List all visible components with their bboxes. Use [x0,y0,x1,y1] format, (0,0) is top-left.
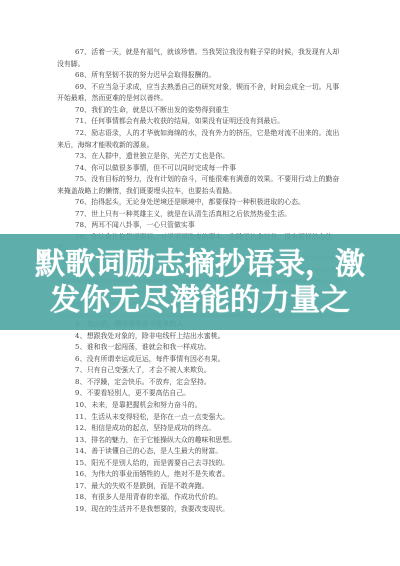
quote-number: 77、 [75,210,91,218]
quote-item: 73、在人群中，遗世独立是你，光芒万丈也是你。 [57,151,343,163]
quote-number: 8、 [75,378,87,386]
quote-number: 9、 [75,389,87,397]
quote-item: 75、没有目标的努力，没有计划的奋斗，可能很难有满意的效果。不要用行动上的勤奋来… [57,174,343,197]
quote-number: 73、 [75,152,91,160]
quote-number: 72、 [75,129,91,137]
page-title: 默歌词励志摘抄语录，激发你无尽潜能的力量之 [34,247,366,319]
quote-item: 16、为伟大的事业而牺牲的人，绝对不是失败者。 [57,469,343,481]
quote-number: 70、 [75,106,91,114]
quote-item: 4、想跟我处对象的，除非电线杆上结出水蜜桃。 [57,331,343,343]
quote-number: 13、 [75,436,91,444]
quote-text: 善于读懂自己的心态，是人生最大的财富。 [91,447,222,455]
quote-number: 12、 [75,424,91,432]
quote-list-top: 67、活着一天，就是有福气，就该珍惜。当我哭泣我没有鞋子穿的时候，我发现有人却没… [57,47,343,255]
quote-text: 不要看轻别人，更不要高估自己。 [87,389,190,397]
quote-text: 未来，是靠把握机会和努力奋斗的。 [91,401,201,409]
quote-item: 10、未来，是靠把握机会和努力奋斗的。 [57,400,343,412]
quote-list-bottom: 3、在山顶，遇见那些奋斗而来的人。 4、想跟我处对象的，除非电线杆上结出水蜜桃。… [57,319,343,515]
document-page: 67、活着一天，就是有福气，就该珍惜。当我哭泣我没有鞋子穿的时候，我发现有人却没… [0,0,400,566]
quote-text: 相信是成功的起点，坚持是成功的终点。 [91,424,215,432]
quote-item: 69、不应当急于求成，应当去熟悉自己的研究对象，锲而不舍，时间会成全一切。凡事开… [57,82,343,105]
quote-text: 任何事情都会有最大收获的结局，如果没有证明还没有到最后。 [91,117,284,125]
quote-item: 17、最大的失败不是跌倒，而是不敢奔跑。 [57,481,343,493]
quote-item: 8、不浮躁，定会快乐。不放弃，定会坚持。 [57,377,343,389]
quote-text: 抬得起头，无论身处逆境还是顺境中，都要保持一种积极进取的心态。 [91,198,305,206]
quote-text: 世上只有一种英雄主义，就是在认清生活真相之后依然热爱生活。 [91,210,291,218]
quote-number: 11、 [75,413,91,421]
quote-item: 74、你可以做很多事情，但不可以同时完成每一件事 [57,163,343,175]
quote-number: 67、 [75,48,91,56]
quote-text: 活着一天，就是有福气，就该珍惜。当我哭泣我没有鞋子穿的时候，我发现有人却没有脚。 [57,48,339,68]
quote-item: 71、任何事情都会有最大收获的结局，如果没有证明还没有到最后。 [57,116,343,128]
quote-item: 67、活着一天，就是有福气，就该珍惜。当我哭泣我没有鞋子穿的时候，我发现有人却没… [57,47,343,70]
quote-text: 你可以做很多事情，但不可以同时完成每一件事 [91,164,236,172]
quote-item: 15、阳光不是别人给的，而是需要自己去寻找的。 [57,458,343,470]
quote-text: 谁和我一起闯荡，谁就会和我一样成功。 [87,343,211,351]
quote-item: 19、现在的生活并不是我想要的，我要改变现状。 [57,504,343,516]
quote-number: 17、 [75,482,91,490]
quote-item: 72、励志语录，人的才华就如海绵的水，没有外力的挤压，它是绝对流不出来的。流出来… [57,128,343,151]
quote-item: 18、有很多人是用青春的幸福，作成功代价的。 [57,492,343,504]
quote-text: 没有所谓幸运或厄运，每件事情有因必有果。 [87,355,225,363]
quote-text: 在人群中，遗世独立是你，光芒万丈也是你。 [91,152,229,160]
quote-number: 14、 [75,447,91,455]
quote-text: 不应当急于求成，应当去熟悉自己的研究对象，锲而不舍，时间会成全一切。凡事开始最难… [57,83,339,103]
quote-text: 不浮躁，定会快乐。不放弃，定会坚持。 [87,378,211,386]
quote-number: 5、 [75,343,87,351]
quote-item: 12、相信是成功的起点，坚持是成功的终点。 [57,423,343,435]
quote-number: 6、 [75,355,87,363]
quote-text: 生活从未变得轻松，是你在一点一点变强大。 [91,413,229,421]
quote-item: 76、抬得起头，无论身处逆境还是顺境中，都要保持一种积极进取的心态。 [57,197,343,209]
quote-text: 只有自己变强大了，才会不被人来欺负。 [87,366,211,374]
quote-text: 排名的魅力，在于它能操纵大众的趣味和思想。 [91,436,236,444]
quote-text: 有很多人是用青春的幸福，作成功代价的。 [91,493,222,501]
quote-text: 励志语录，人的才华就如海绵的水，没有外力的挤压，它是绝对流不出来的。流出来后，海… [57,129,339,149]
quote-item: 70、我们的生命，就是以不断出发的姿势得到重生 [57,105,343,117]
quote-text: 想跟我处对象的，除非电线杆上结出水蜜桃。 [87,332,225,340]
quote-text: 我们的生命，就是以不断出发的姿势得到重生 [91,106,229,114]
quote-number: 7、 [75,366,87,374]
quote-number: 15、 [75,459,91,467]
quote-text: 现在的生活并不是我想要的，我要改变现状。 [91,505,229,513]
quote-text: 没有目标的努力，没有计划的奋斗，可能很难有满意的效果。不要用行动上的勤奋来掩盖战… [57,175,339,195]
quote-text: 两耳不闻八卦事，一心只管做实事 [91,221,194,229]
quote-number: 71、 [75,117,91,125]
quote-item: 9、不要看轻别人，更不要高估自己。 [57,388,343,400]
quote-number: 16、 [75,470,91,478]
title-banner: 默歌词励志摘抄语录，激发你无尽潜能的力量之 [0,234,400,330]
quote-number: 69、 [75,83,91,91]
quote-item: 68、所有坚韧不拔的努力迟早会取得报酬的。 [57,70,343,82]
quote-number: 18、 [75,493,91,501]
quote-number: 78、 [75,221,91,229]
quote-item: 78、两耳不闻八卦事，一心只管做实事 [57,220,343,232]
quote-number: 74、 [75,164,91,172]
quote-number: 75、 [75,175,91,183]
quote-text: 最大的失败不是跌倒，而是不敢奔跑。 [91,482,208,490]
quote-item: 11、生活从未变得轻松，是你在一点一点变强大。 [57,412,343,424]
quote-item: 14、善于读懂自己的心态，是人生最大的财富。 [57,446,343,458]
quote-number: 68、 [75,71,91,79]
quote-item: 77、世上只有一种英雄主义，就是在认清生活真相之后依然热爱生活。 [57,209,343,221]
quote-item: 13、排名的魅力，在于它能操纵大众的趣味和思想。 [57,435,343,447]
quote-text: 阳光不是别人给的，而是需要自己去寻找的。 [91,459,229,467]
quote-item: 5、谁和我一起闯荡，谁就会和我一样成功。 [57,342,343,354]
quote-number: 19、 [75,505,91,513]
quote-number: 76、 [75,198,91,206]
quote-item: 7、只有自己变强大了，才会不被人来欺负。 [57,365,343,377]
quote-text: 所有坚韧不拔的努力迟早会取得报酬的。 [91,71,215,79]
quote-item: 6、没有所谓幸运或厄运，每件事情有因必有果。 [57,354,343,366]
quote-number: 10、 [75,401,91,409]
quote-text: 为伟大的事业而牺牲的人，绝对不是失败者。 [91,470,229,478]
quote-number: 4、 [75,332,87,340]
